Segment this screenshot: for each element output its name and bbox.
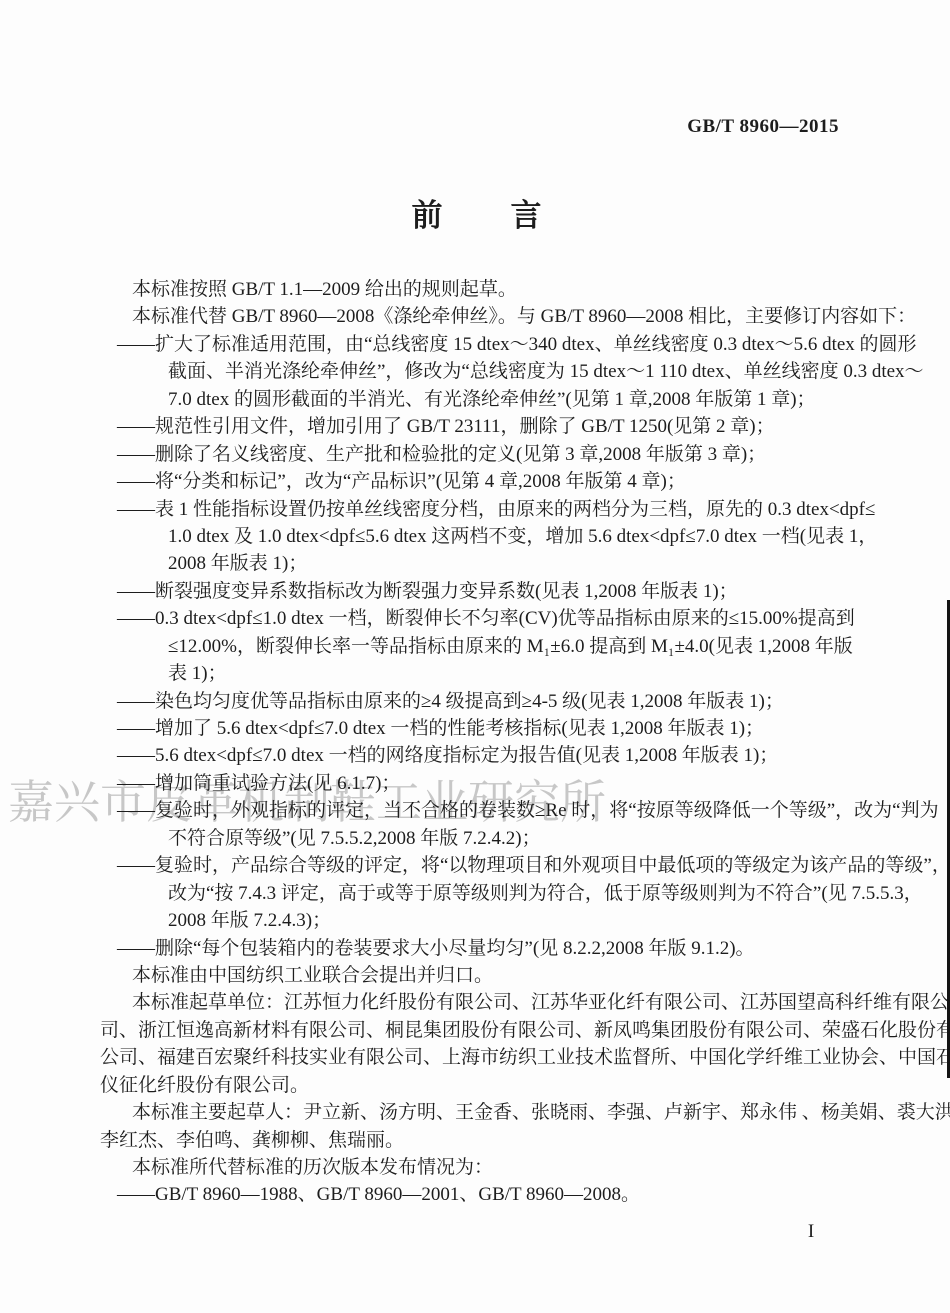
text-line: 公司、福建百宏聚纤科技实业有限公司、上海市纺织工业技术监督所、中国化学纤维工业协… — [100, 1044, 860, 1071]
text-line: 改为“按 7.4.3 评定，高于或等于原等级则判为符合，低于原等级则判为不符合”… — [100, 880, 860, 907]
text-line: 本标准所代替标准的历次版本发布情况为： — [100, 1154, 860, 1181]
text-line: ——0.3 dtex<dpf≤1.0 dtex 一档，断裂伸长不匀率(CV)优等… — [100, 605, 860, 632]
document-page: GB/T 8960—2015 前 言 嘉兴市皮革机制鞋工业研究所 本标准按照 G… — [0, 0, 950, 1313]
text-line: ——断裂强度变异系数指标改为断裂强力变异系数(见表 1,2008 年版表 1)； — [100, 578, 860, 605]
text-line: 本标准按照 GB/T 1.1—2009 给出的规则起草。 — [100, 276, 860, 303]
text-line: ——增加筒重试验方法(见 6.1.7)； — [100, 770, 860, 797]
text-line: ——删除了名义线密度、生产批和检验批的定义(见第 3 章,2008 年版第 3 … — [100, 441, 860, 468]
text-line: ——复验时，外观指标的评定，当不合格的卷装数≥Re 时，将“按原等级降低一个等级… — [100, 797, 860, 824]
text-line: 2008 年版表 1)； — [100, 550, 860, 577]
text-line: 本标准主要起草人：尹立新、汤方明、王金香、张晓雨、李强、卢新宇、郑永伟 、杨美娟… — [100, 1099, 860, 1126]
text-line: 仪征化纤股份有限公司。 — [100, 1072, 860, 1099]
text-line: ——增加了 5.6 dtex<dpf≤7.0 dtex 一档的性能考核指标(见表… — [100, 715, 860, 742]
text-line: ≤12.00%，断裂伸长率一等品指标由原来的 M₁±6.0 提高到 M₁±4.0… — [100, 633, 860, 660]
text-line: 1.0 dtex 及 1.0 dtex<dpf≤5.6 dtex 这两档不变，增… — [100, 523, 860, 550]
text-line: 7.0 dtex 的圆形截面的半消光、有光涤纶牵伸丝”(见第 1 章,2008 … — [100, 386, 860, 413]
text-line: ——5.6 dtex<dpf≤7.0 dtex 一档的网络度指标定为报告值(见表… — [100, 742, 860, 769]
standard-number: GB/T 8960—2015 — [687, 116, 839, 138]
text-line: 本标准由中国纺织工业联合会提出并归口。 — [100, 962, 860, 989]
text-line: ——表 1 性能指标设置仍按单丝线密度分档，由原来的两档分为三档，原先的 0.3… — [100, 496, 860, 523]
text-line: ——GB/T 8960—1988、GB/T 8960—2001、GB/T 896… — [100, 1181, 860, 1208]
text-line: 2008 年版 7.2.4.3)； — [100, 907, 860, 934]
text-line: ——染色均匀度优等品指标由原来的≥4 级提高到≥4-5 级(见表 1,2008 … — [100, 688, 860, 715]
text-line: ——复验时，产品综合等级的评定，将“以物理项目和外观项目中最低项的等级定为该产品… — [100, 852, 860, 879]
foreword-body: 本标准按照 GB/T 1.1—2009 给出的规则起草。本标准代替 GB/T 8… — [100, 276, 860, 1209]
page-number: I — [795, 1221, 827, 1243]
text-line: 表 1)； — [100, 660, 860, 687]
text-line: 不符合原等级”(见 7.5.5.2,2008 年版 7.2.4.2)； — [100, 825, 860, 852]
text-line: ——将“分类和标记”，改为“产品标识”(见第 4 章,2008 年版第 4 章)… — [100, 468, 860, 495]
text-line: 李红杰、李伯鸣、龚柳柳、焦瑞丽。 — [100, 1127, 860, 1154]
text-line: ——规范性引用文件，增加引用了 GB/T 23111，删除了 GB/T 1250… — [100, 413, 860, 440]
foreword-title: 前 言 — [100, 190, 855, 235]
text-line: ——删除“每个包装箱内的卷装要求大小尽量均匀”(见 8.2.2,2008 年版 … — [100, 935, 860, 962]
text-line: ——扩大了标准适用范围，由“总线密度 15 dtex～340 dtex、单丝线密… — [100, 331, 860, 358]
text-line: 本标准起草单位：江苏恒力化纤股份有限公司、江苏华亚化纤有限公司、江苏国望高科纤维… — [100, 989, 860, 1016]
text-line: 截面、半消光涤纶牵伸丝”，修改为“总线密度为 15 dtex～1 110 dte… — [100, 358, 860, 385]
text-line: 司、浙江恒逸高新材料有限公司、桐昆集团股份有限公司、新凤鸣集团股份有限公司、荣盛… — [100, 1017, 860, 1044]
text-line: 本标准代替 GB/T 8960—2008《涤纶牵伸丝》。与 GB/T 8960—… — [100, 303, 860, 330]
